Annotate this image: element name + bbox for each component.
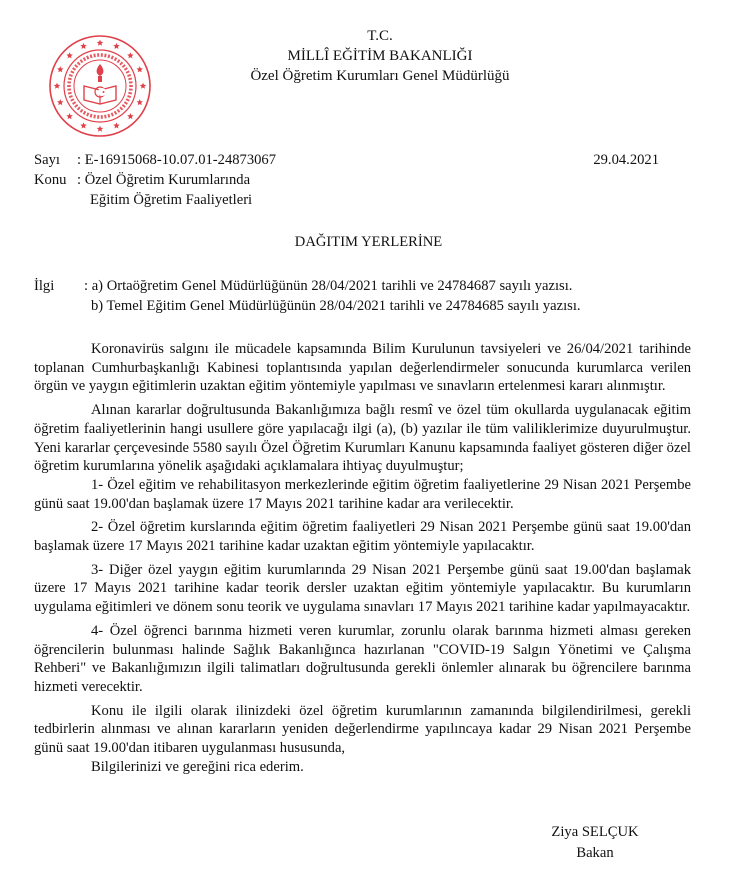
reference-a: : a) Ortaöğretim Genel Müdürlüğünün 28/0… [84,276,572,296]
document-body: Koronavirüs salgını ile mücadele kapsamı… [34,340,691,776]
paragraph-decisions: Alınan kararlar doğrultusunda Bakanlığım… [34,401,691,476]
signatory-title: Bakan [540,843,650,864]
header-department: Özel Öğretim Kurumları Genel Müdürlüğü [200,66,560,86]
ministry-seal-icon [48,34,152,138]
subject-label: Konu [34,170,77,190]
paragraph-item-3: 3- Diğer özel yaygın eğitim kurumlarında… [34,561,691,617]
paragraph-intro: Koronavirüs salgını ile mücadele kapsamı… [34,340,691,396]
signatory-name: Ziya SELÇUK [540,822,650,843]
document-header: T.C. MİLLÎ EĞİTİM BAKANLIĞI Özel Öğretim… [200,26,560,86]
number-label: Sayı [34,150,77,170]
paragraph-closing: Bilgilerinizi ve gereğini rica ederim. [34,758,691,777]
document-date: 29.04.2021 [593,150,659,170]
reference-b: b) Temel Eğitim Genel Müdürlüğünün 28/04… [91,296,581,316]
references-label: İlgi [34,276,84,296]
document-meta: Sayı : E-16915068-10.07.01-24873067 29.0… [34,150,694,210]
paragraph-item-4: 4- Özel öğrenci barınma hizmeti veren ku… [34,622,691,697]
signature-block: Ziya SELÇUK Bakan [540,822,650,864]
paragraph-item-1: 1- Özel eğitim ve rehabilitasyon merkezl… [34,476,691,513]
paragraph-request: Konu ile ilgili olarak ilinizdeki özel ö… [34,702,691,758]
paragraph-item-2: 2- Özel öğretim kurslarında eğitim öğret… [34,518,691,555]
recipients-heading: DAĞITIM YERLERİNE [0,234,737,251]
subject-line-2: Eğitim Öğretim Faaliyetleri [90,190,252,210]
header-ministry: MİLLÎ EĞİTİM BAKANLIĞI [200,46,560,66]
subject-line-1: : Özel Öğretim Kurumlarında [77,170,694,190]
references: İlgi : a) Ortaöğretim Genel Müdürlüğünün… [34,276,694,316]
header-tc: T.C. [200,26,560,46]
